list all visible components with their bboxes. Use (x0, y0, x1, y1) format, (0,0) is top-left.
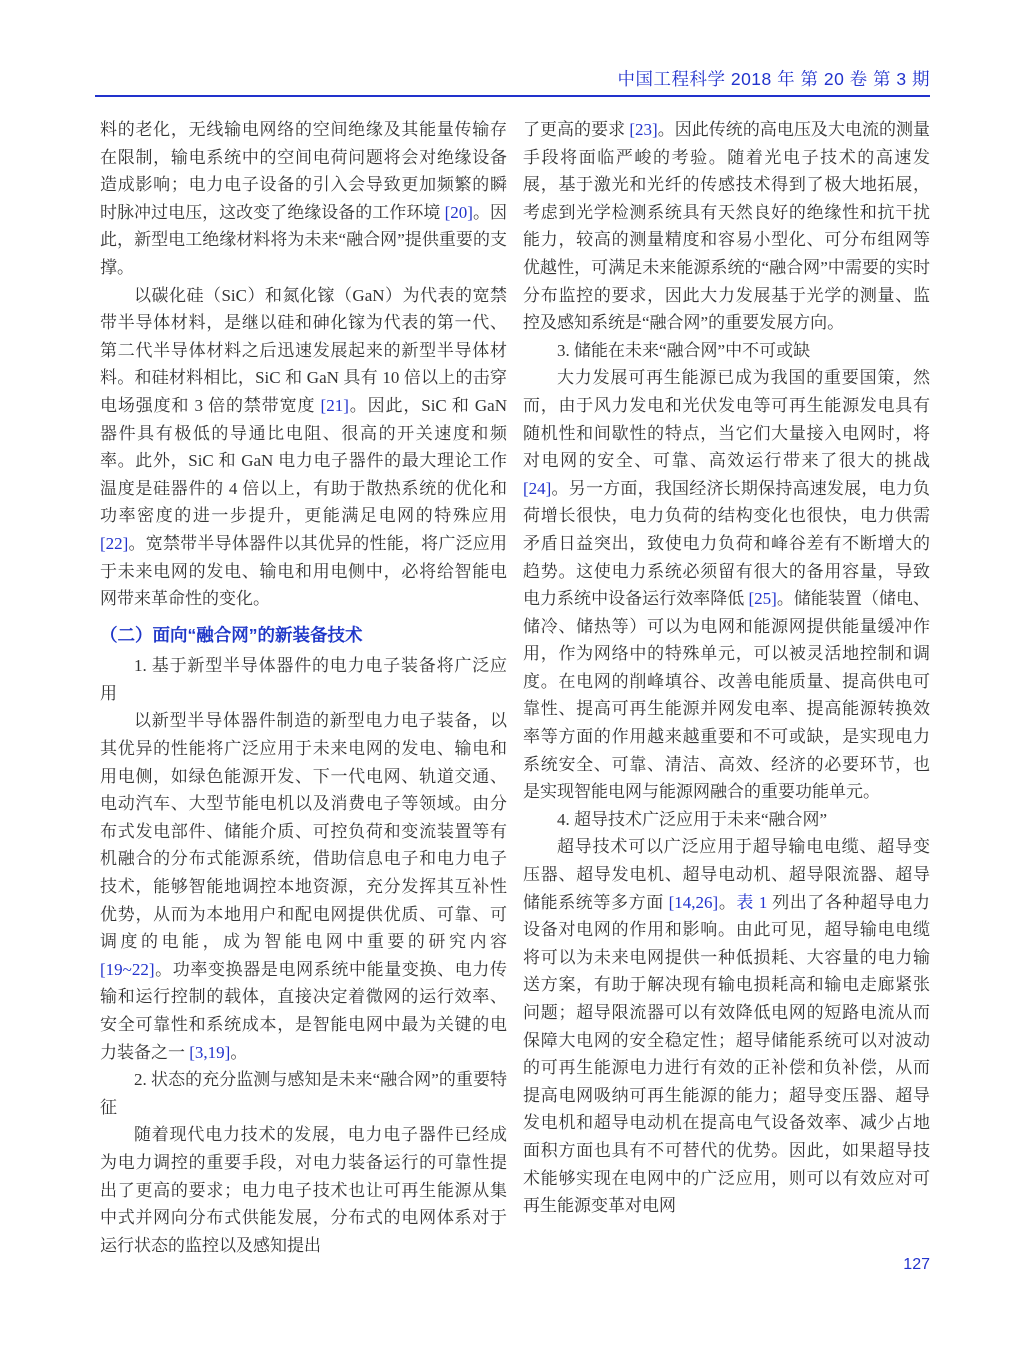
citation-link-21[interactable]: [21] (321, 396, 349, 415)
journal-page: 中国工程科学 2018 年 第 20 卷 第 3 期 料的老化，无线输电网络的空… (0, 0, 1020, 1351)
paragraph: 大力发展可再生能源已成为我国的重要国策，然而，由于风力发电和光伏发电等可再生能源… (523, 364, 930, 806)
paragraph: 了更高的要求 [23]。因此传统的高电压及大电流的测量手段将面临严峻的考验。随着… (523, 116, 930, 337)
subheading: 3. 储能在未来“融合网”中不可或缺 (523, 337, 930, 365)
text-run: 随着现代电力技术的发展，电力电子器件已经成为电力调控的重要手段，对电力装备运行的… (100, 1125, 507, 1254)
text-run: 列出了各种超导电力设备对电网的作用和影响。由此可见，超导输电电缆将可以为未来电网… (523, 893, 930, 1216)
left-column: 料的老化，无线输电网络的空间绝缘及其能量传输存在限制，输电系统中的空间电荷问题将… (100, 116, 507, 1259)
citation-link-22[interactable]: [22] (100, 534, 128, 553)
citation-link-20[interactable]: [20] (445, 203, 473, 222)
text-run: 大力发展可再生能源已成为我国的重要国策，然而，由于风力发电和光伏发电等可再生能源… (523, 368, 930, 470)
text-run: 。因此，SiC 和 GaN 器件具有极低的导通比电阻、很高的开关速度和频率。此外… (100, 396, 507, 525)
text-run: 。 (718, 893, 736, 912)
paragraph: 料的老化，无线输电网络的空间绝缘及其能量传输存在限制，输电系统中的空间电荷问题将… (100, 116, 507, 282)
text-run: （二）面向“融合网”的新装备技术 (100, 625, 363, 645)
page-footer: 127 (100, 1256, 930, 1274)
text-run: 。储能装置（储电、储冷、储热等）可以为电网和能源网提供能量缓冲作用，作为网络中的… (523, 589, 930, 801)
text-run: 2. 状态的充分监测与感知是未来“融合网”的重要特征 (100, 1070, 507, 1117)
citation-link-23[interactable]: [23] (629, 120, 657, 139)
article-body: 料的老化，无线输电网络的空间绝缘及其能量传输存在限制，输电系统中的空间电荷问题将… (100, 116, 930, 1259)
table-1-link[interactable]: 表 1 (736, 893, 767, 912)
header-rule (95, 95, 930, 97)
subheading: 1. 基于新型半导体器件的电力电子装备将广泛应用 (100, 652, 507, 707)
text-run: 。因此传统的高电压及大电流的测量手段将面临严峻的考验。随着光电子技术的高速发展，… (523, 120, 930, 332)
citation-link-24[interactable]: [24] (523, 479, 551, 498)
page-header: 中国工程科学 2018 年 第 20 卷 第 3 期 (100, 0, 930, 97)
text-run: 4. 超导技术广泛应用于未来“融合网” (557, 810, 827, 829)
page-number: 127 (903, 1256, 930, 1273)
text-run: 3. 储能在未来“融合网”中不可或缺 (557, 341, 810, 360)
paragraph: 超导技术可以广泛应用于超导输电电缆、超导变压器、超导发电机、超导电动机、超导限流… (523, 833, 930, 1219)
citation-link-25[interactable]: [25] (749, 589, 777, 608)
subheading: 4. 超导技术广泛应用于未来“融合网” (523, 806, 930, 834)
citation-link-19-22[interactable]: [19~22] (100, 960, 155, 979)
citation-link-14-26[interactable]: [14,26] (669, 893, 719, 912)
text-run: 。 (230, 1043, 247, 1062)
paragraph: 以碳化硅（SiC）和氮化镓（GaN）为代表的宽禁带半导体材料，是继以硅和砷化镓为… (100, 282, 507, 613)
text-run: 1. 基于新型半导体器件的电力电子装备将广泛应用 (100, 656, 507, 703)
subheading: 2. 状态的充分监测与感知是未来“融合网”的重要特征 (100, 1066, 507, 1121)
section-heading: （二）面向“融合网”的新装备技术 (100, 622, 507, 650)
text-run: 了更高的要求 (523, 120, 629, 139)
text-run: 。宽禁带半导体器件以其优异的性能，将广泛应用于未来电网的发电、输电和用电侧中，必… (100, 534, 507, 608)
text-run: 。功率变换器是电网系统中能量变换、电力传输和运行控制的载体，直接决定着微网的运行… (100, 960, 507, 1062)
journal-header-text: 中国工程科学 2018 年 第 20 卷 第 3 期 (100, 0, 930, 91)
citation-link-3-19[interactable]: [3,19] (189, 1043, 230, 1062)
text-run: 以新型半导体器件制造的新型电力电子装备，以其优异的性能将广泛应用于未来电网的发电… (100, 711, 507, 951)
paragraph: 以新型半导体器件制造的新型电力电子装备，以其优异的性能将广泛应用于未来电网的发电… (100, 707, 507, 1066)
paragraph: 随着现代电力技术的发展，电力电子器件已经成为电力调控的重要手段，对电力装备运行的… (100, 1121, 507, 1259)
right-column: 了更高的要求 [23]。因此传统的高电压及大电流的测量手段将面临严峻的考验。随着… (523, 116, 930, 1259)
